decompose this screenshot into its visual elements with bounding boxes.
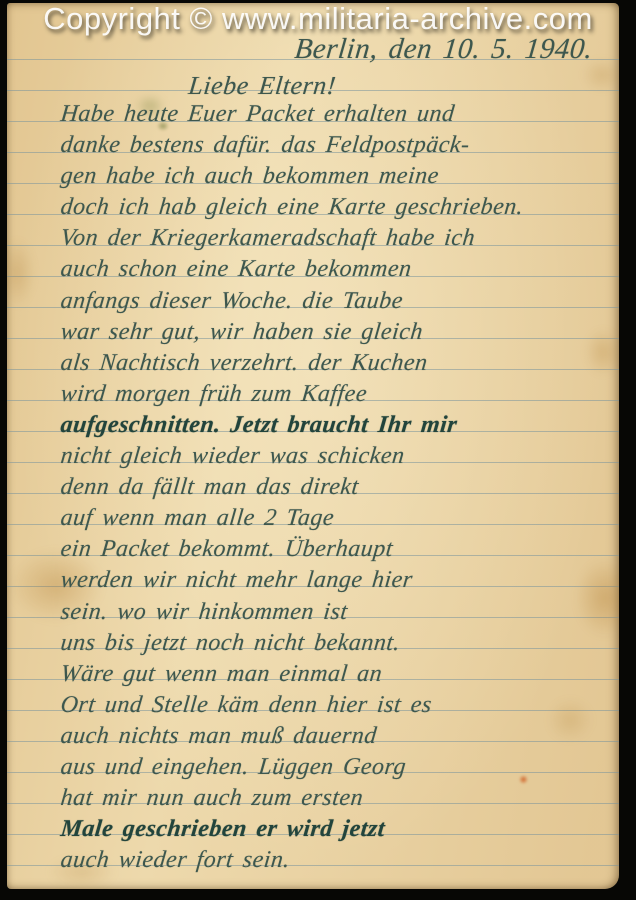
letter-line: doch ich hab gleich eine Karte geschrieb… bbox=[59, 192, 614, 223]
scanned-letter-page: { "watermark": { "text": "Copyright © ww… bbox=[0, 0, 636, 900]
letter-line: sein. wo wir hinkommen ist bbox=[59, 597, 614, 628]
letter-line: uns bis jetzt noch nicht bekannt. bbox=[59, 628, 614, 659]
letter-line: gen habe ich auch bekommen meine bbox=[59, 161, 614, 192]
letter-line: Habe heute Euer Packet erhalten und bbox=[59, 99, 614, 130]
salutation: Liebe Eltern! bbox=[187, 71, 338, 101]
letter-line: hat mir nun auch zum ersten bbox=[59, 783, 614, 814]
letter-line: wird morgen früh zum Kaffee bbox=[59, 379, 614, 410]
letter-line: auch nichts man muß dauernd bbox=[59, 721, 614, 752]
letter-line: nicht gleich wieder was schicken bbox=[59, 441, 614, 472]
letter-line: als Nachtisch verzehrt. der Kuchen bbox=[59, 348, 614, 379]
letter-line: auch schon eine Karte bekommen bbox=[59, 254, 614, 285]
letter-line: Male geschrieben er wird jetzt bbox=[59, 814, 614, 845]
letter-line: danke bestens dafür. das Feldpostpäck- bbox=[59, 130, 614, 161]
letter-paper: Berlin, den 10. 5. 1940. Liebe Eltern! H… bbox=[7, 3, 619, 889]
letter-line: auf wenn man alle 2 Tage bbox=[59, 503, 614, 534]
letter-line: aufgeschnitten. Jetzt braucht Ihr mir bbox=[59, 410, 614, 441]
letter-line: Ort und Stelle käm denn hier ist es bbox=[59, 690, 614, 721]
letter-line: Wäre gut wenn man einmal an bbox=[59, 659, 614, 690]
letter-line: denn da fällt man das direkt bbox=[59, 472, 614, 503]
letter-line: auch wieder fort sein. bbox=[59, 845, 614, 876]
letter-line: anfangs dieser Woche. die Taube bbox=[59, 286, 614, 317]
letter-body: Habe heute Euer Packet erhalten unddanke… bbox=[59, 99, 611, 876]
letter-line: war sehr gut, wir haben sie gleich bbox=[59, 317, 614, 348]
letter-line: Von der Kriegerkameradschaft habe ich bbox=[59, 223, 614, 254]
letter-line: ein Packet bekommt. Überhaupt bbox=[59, 534, 614, 565]
letter-line: aus und eingehen. Lüggen Georg bbox=[59, 752, 614, 783]
date-line: Berlin, den 10. 5. 1940. bbox=[293, 33, 594, 66]
copyright-watermark: Copyright © www.militaria-archive.com bbox=[0, 1, 636, 37]
letter-line: werden wir nicht mehr lange hier bbox=[59, 565, 614, 596]
